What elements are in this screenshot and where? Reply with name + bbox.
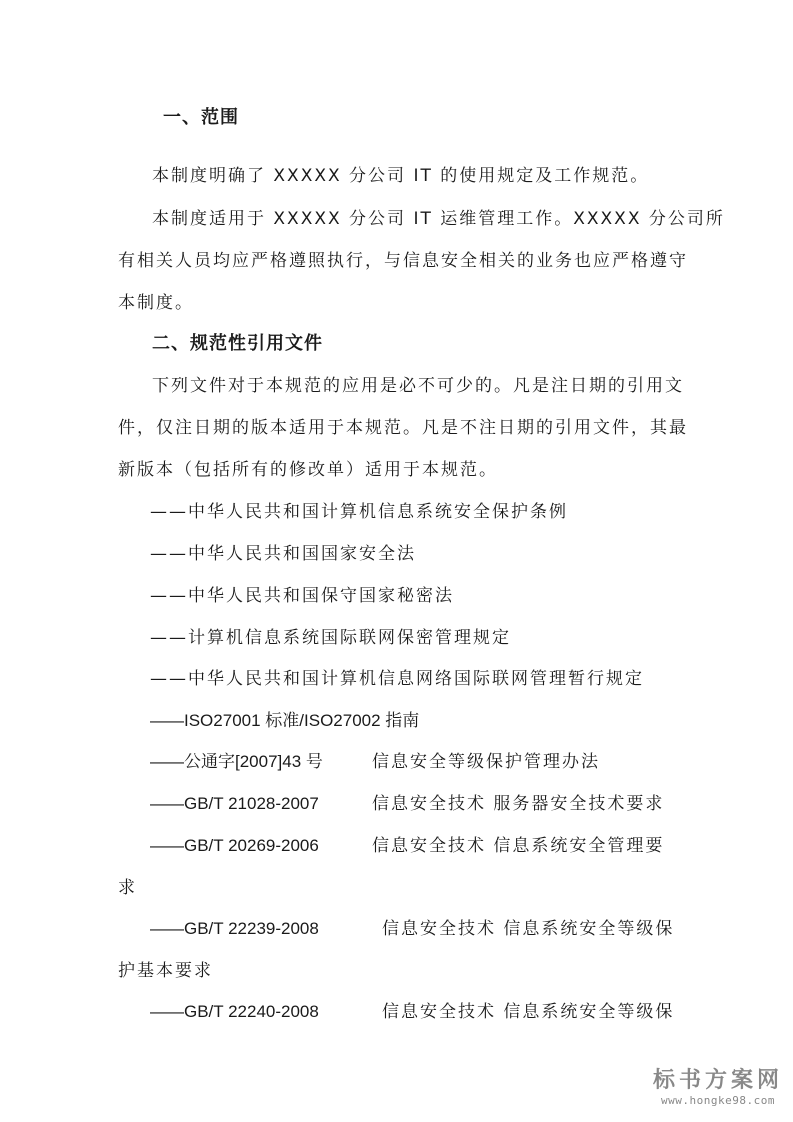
reference-code: ——GB/T 20269-2006 [150, 836, 372, 856]
watermark-logo: 标书方案网 www.hongke98.com [648, 1068, 788, 1108]
watermark-url: www.hongke98.com [648, 1094, 788, 1108]
references-intro-line-3: 新版本（包括所有的修改单）适用于本规范。 [118, 460, 498, 480]
reference-item: ——中华人民共和国计算机信息网络国际联网管理暂行规定 [150, 669, 644, 689]
reference-item: ——计算机信息系统国际联网保密管理规定 [150, 628, 511, 648]
reference-code: ——公通字[2007]43 号 [150, 752, 372, 772]
reference-item: ——中华人民共和国国家安全法 [150, 544, 416, 564]
scope-paragraph-2-line-2: 有相关人员均应严格遵照执行，与信息安全相关的业务也应严格遵守 [118, 251, 688, 271]
reference-title: 信息安全等级保护管理办法 [372, 752, 600, 772]
reference-title: 信息安全技术 信息系统安全等级保 [382, 1002, 674, 1022]
reference-code: ——GB/T 22239-2008 [150, 919, 382, 939]
reference-title: 信息安全技术 信息系统安全等级保 [382, 919, 674, 939]
reference-code: ——GB/T 22240-2008 [150, 1002, 382, 1022]
reference-continuation: 求 [118, 878, 137, 898]
reference-item: ——中华人民共和国计算机信息系统安全保护条例 [150, 502, 568, 522]
reference-code: ——GB/T 21028-2007 [150, 794, 372, 814]
reference-item: ——GB/T 21028-2007信息安全技术 服务器安全技术要求 [150, 794, 664, 814]
reference-item: ——公通字[2007]43 号信息安全等级保护管理办法 [150, 752, 600, 772]
reference-title: 信息安全技术 服务器安全技术要求 [372, 794, 664, 814]
reference-item: ——中华人民共和国保守国家秘密法 [150, 586, 454, 606]
scope-paragraph-2-line-1: 本制度适用于 XXXXX 分公司 IT 运维管理工作。XXXXX 分公司所 [152, 209, 725, 229]
watermark-title: 标书方案网 [648, 1068, 788, 1094]
section-heading-references: 二、规范性引用文件 [152, 334, 323, 354]
reference-item: ——GB/T 22239-2008信息安全技术 信息系统安全等级保 [150, 919, 674, 939]
scope-paragraph-1: 本制度明确了 XXXXX 分公司 IT 的使用规定及工作规范。 [152, 166, 649, 186]
reference-title: 信息安全技术 信息系统安全管理要 [372, 836, 664, 856]
reference-item: ——ISO27001 标准/ISO27002 指南 [150, 711, 419, 731]
scope-paragraph-2-line-3: 本制度。 [118, 293, 194, 313]
reference-continuation: 护基本要求 [118, 961, 213, 981]
section-heading-scope: 一、范围 [163, 108, 239, 128]
references-intro-line-1: 下列文件对于本规范的应用是必不可少的。凡是注日期的引用文 [152, 376, 684, 396]
reference-item: ——GB/T 20269-2006信息安全技术 信息系统安全管理要 [150, 836, 664, 856]
reference-item: ——GB/T 22240-2008信息安全技术 信息系统安全等级保 [150, 1002, 674, 1022]
references-intro-line-2: 件，仅注日期的版本适用于本规范。凡是不注日期的引用文件，其最 [118, 418, 688, 438]
